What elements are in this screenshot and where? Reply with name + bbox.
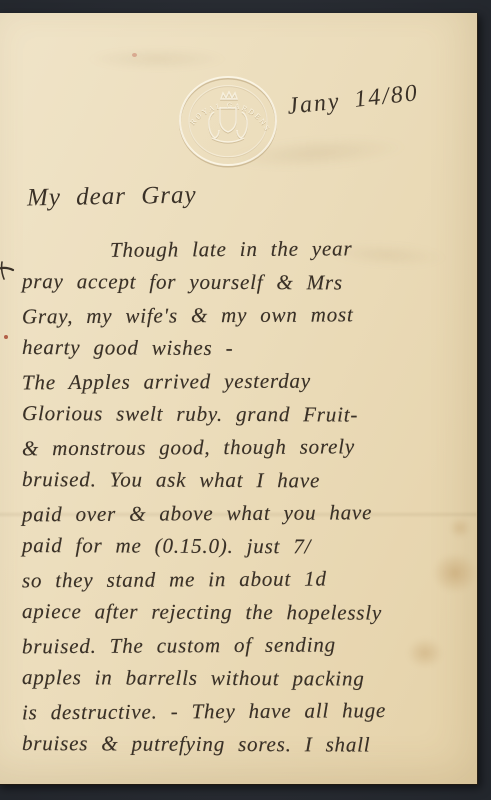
letter-line: paid for me (0.15.0). just 7/ [22, 529, 462, 564]
letter-line: is destructive. - They have all huge [22, 694, 462, 730]
letter-line: Glorious swelt ruby. grand Fruit- [22, 397, 462, 432]
letter-line: Gray, my wife's & my own most [22, 298, 462, 334]
letter-date: Jany 14/80 [286, 76, 458, 121]
seal-text-highlight: ROYAL GARDENS KEW [176, 72, 272, 133]
letter-line: The Apples arrived yesterday [22, 364, 462, 400]
seal-crest-highlight [209, 92, 247, 142]
letter-line: bruised. You ask what I have [22, 463, 462, 498]
letter-line: apiece after rejecting the hopelessly [22, 595, 462, 630]
seal-crest-shadow [209, 93, 247, 143]
photographed-letter: { "colors": { "mat": "#282c33", "paper":… [0, 0, 491, 800]
pink-speck [132, 53, 137, 57]
letter-line: apples in barrells without packing [22, 661, 462, 696]
letter-salutation: My dear Gray [27, 182, 197, 213]
red-speck [4, 335, 8, 339]
letter-line: paid over & above what you have [22, 496, 462, 532]
letter-line: so they stand me in about 1d [22, 562, 462, 598]
letter-line: hearty good wishes - [22, 331, 462, 366]
letter-body: Though late in the year pray accept for … [22, 233, 462, 761]
letter-line: Though late in the year [22, 232, 462, 268]
letter-page: ROYAL GARDENS KEW ROYAL GARDENS KEW [0, 13, 478, 785]
show-through-smudge [87, 48, 227, 70]
letter-line: bruised. The custom of sending [22, 628, 462, 664]
stray-ink-mark [0, 261, 16, 281]
letter-line: bruises & putrefying sores. I shall [22, 727, 462, 762]
letter-line: pray accept for yourself & Mrs [22, 265, 462, 300]
letter-line: & monstrous good, though sorely [22, 430, 462, 466]
